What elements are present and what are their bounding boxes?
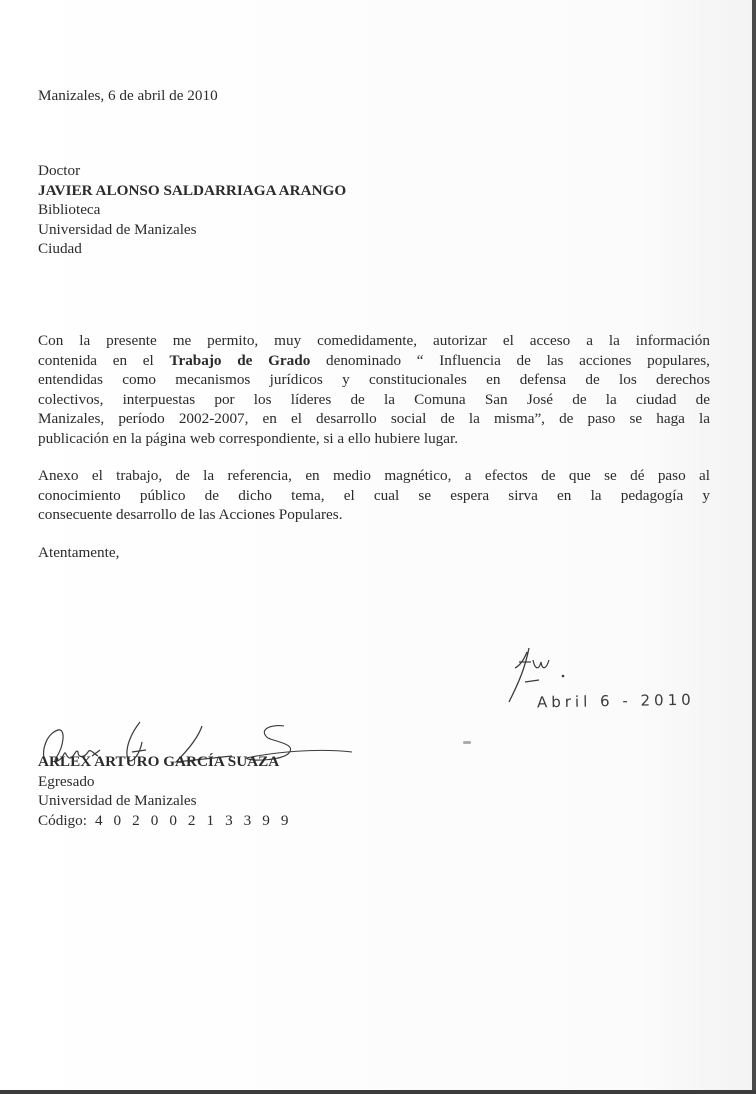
- paragraph-line: entendidas como mecanismos jurídicos y c…: [38, 370, 710, 390]
- thesis-label: Trabajo de Grado: [169, 352, 310, 369]
- paragraph-line: Manizales, período 2002-2007, en el desa…: [38, 409, 710, 429]
- handwritten-date: Abril 6 - 2010: [537, 691, 695, 712]
- paragraph-line: Con la presente me permito, muy comedida…: [38, 331, 710, 351]
- recipient-title: Doctor: [38, 161, 346, 181]
- sender-role: Egresado: [38, 772, 292, 792]
- paragraph-line: contenida en el Trabajo de Grado denomin…: [38, 351, 710, 371]
- paragraph-line: consecuente desarrollo de las Acciones P…: [38, 505, 710, 525]
- scan-edge-bottom: [0, 1090, 756, 1094]
- handwritten-initials-icon: [505, 640, 720, 730]
- body-paragraph-1: Con la presente me permito, muy comedida…: [38, 331, 710, 449]
- scanned-letter-page: Manizales, 6 de abril de 2010 Doctor JAV…: [0, 0, 752, 1090]
- place-date: Manizales, 6 de abril de 2010: [38, 86, 218, 106]
- sender-block: ARLEX ARTURO GARCÍA SUAZA Egresado Unive…: [38, 752, 292, 830]
- paragraph-line: colectivos, interpuestas por los líderes…: [38, 390, 710, 410]
- scan-speck: [463, 741, 471, 744]
- sender-institution: Universidad de Manizales: [38, 791, 292, 811]
- line-text: denominado “ Influencia de las acciones …: [310, 352, 710, 369]
- code-label: Código:: [38, 812, 87, 829]
- paragraph-line: Anexo el trabajo, de la referencia, en m…: [38, 466, 710, 486]
- paragraph-line: publicación en la página web correspondi…: [38, 429, 710, 449]
- paragraph-line: conocimiento público de dicho tema, el c…: [38, 486, 710, 506]
- code-value: 4 0 2 0 0 2 1 3 3 9 9: [95, 812, 292, 829]
- recipient-city: Ciudad: [38, 239, 346, 259]
- recipient-institution: Universidad de Manizales: [38, 220, 346, 240]
- scan-edge-right: [752, 0, 756, 1094]
- recipient-block: Doctor JAVIER ALONSO SALDARRIAGA ARANGO …: [38, 161, 346, 259]
- sender-name: ARLEX ARTURO GARCÍA SUAZA: [38, 752, 292, 772]
- recipient-name: JAVIER ALONSO SALDARRIAGA ARANGO: [38, 181, 346, 201]
- line-text: contenida en el: [38, 352, 169, 369]
- sender-code: Código:4 0 2 0 0 2 1 3 3 9 9: [38, 811, 292, 831]
- recipient-department: Biblioteca: [38, 200, 346, 220]
- closing: Atentamente,: [38, 543, 119, 563]
- body-paragraph-2: Anexo el trabajo, de la referencia, en m…: [38, 466, 710, 525]
